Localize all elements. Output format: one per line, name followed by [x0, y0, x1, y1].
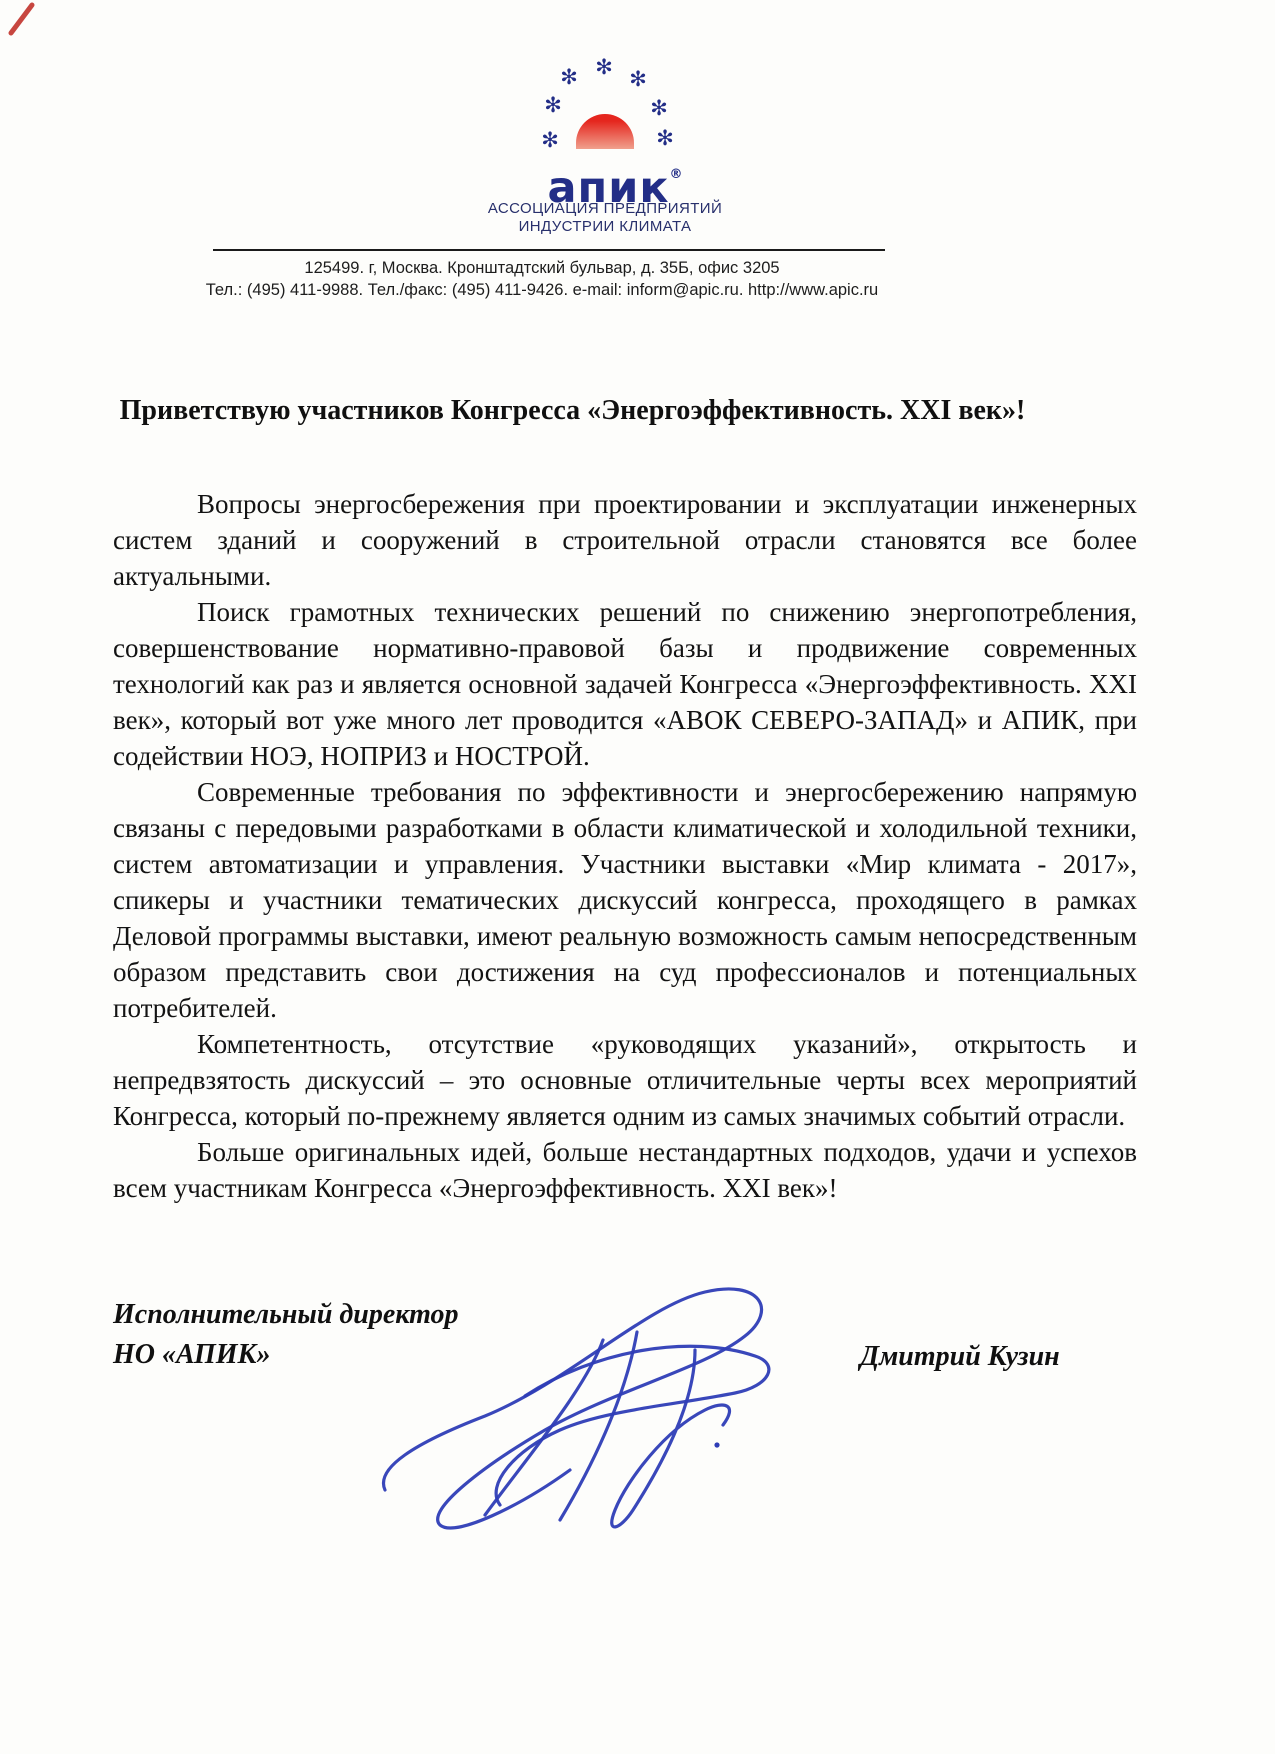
- scanned-letter-page: ✻ ✻ ✻ ✻ ✻ ✻ ✻ апик® АССОЦИАЦИЯ ПРЕДПРИЯТ…: [0, 0, 1275, 1754]
- body-paragraph: Поиск грамотных технических решений по с…: [113, 594, 1137, 774]
- snowflake-icon: ✻: [652, 126, 678, 150]
- signer-name: Дмитрий Кузин: [860, 1340, 1060, 1374]
- letter-title: Приветствую участников Конгресса «Энерго…: [110, 394, 1035, 428]
- snowflake-icon: ✻: [556, 65, 582, 89]
- body-paragraph: Вопросы энергосбережения при проектирова…: [113, 486, 1137, 594]
- signer-role-line2: НО «АПИК»: [113, 1338, 271, 1372]
- snowflake-icon: ✻: [625, 67, 651, 91]
- registered-mark: ®: [670, 167, 683, 182]
- org-name-line2: ИНДУСТРИИ КЛИМАТА: [430, 218, 780, 236]
- body-paragraphs: Вопросы энергосбережения при проектирова…: [113, 486, 1137, 1206]
- body-paragraph: Современные требования по эффективности …: [113, 774, 1137, 1026]
- letterhead-divider: [213, 249, 885, 251]
- apic-logo: ✻ ✻ ✻ ✻ ✻ ✻ ✻ апик® АССОЦИАЦИЯ ПРЕДПРИЯТ…: [0, 0, 1275, 310]
- sun-icon: [576, 114, 634, 149]
- body-paragraph: Компетентность, отсутствие «руководящих …: [113, 1026, 1137, 1134]
- letterhead-contacts: Тел.: (495) 411-9988. Тел./факс: (495) 4…: [0, 280, 1084, 301]
- body-paragraph: Больше оригинальных идей, больше нестанд…: [113, 1134, 1137, 1206]
- snowflake-icon: ✻: [537, 128, 563, 152]
- snowflake-icon: ✻: [646, 96, 672, 120]
- org-name-line1: АССОЦИАЦИЯ ПРЕДПРИЯТИЙ: [430, 200, 780, 218]
- snowflake-icon: ✻: [540, 93, 566, 117]
- snowflake-icon: ✻: [591, 55, 617, 79]
- letterhead-address: 125499. г, Москва. Кронштадтский бульвар…: [0, 258, 1084, 279]
- handwritten-signature: [360, 1278, 790, 1558]
